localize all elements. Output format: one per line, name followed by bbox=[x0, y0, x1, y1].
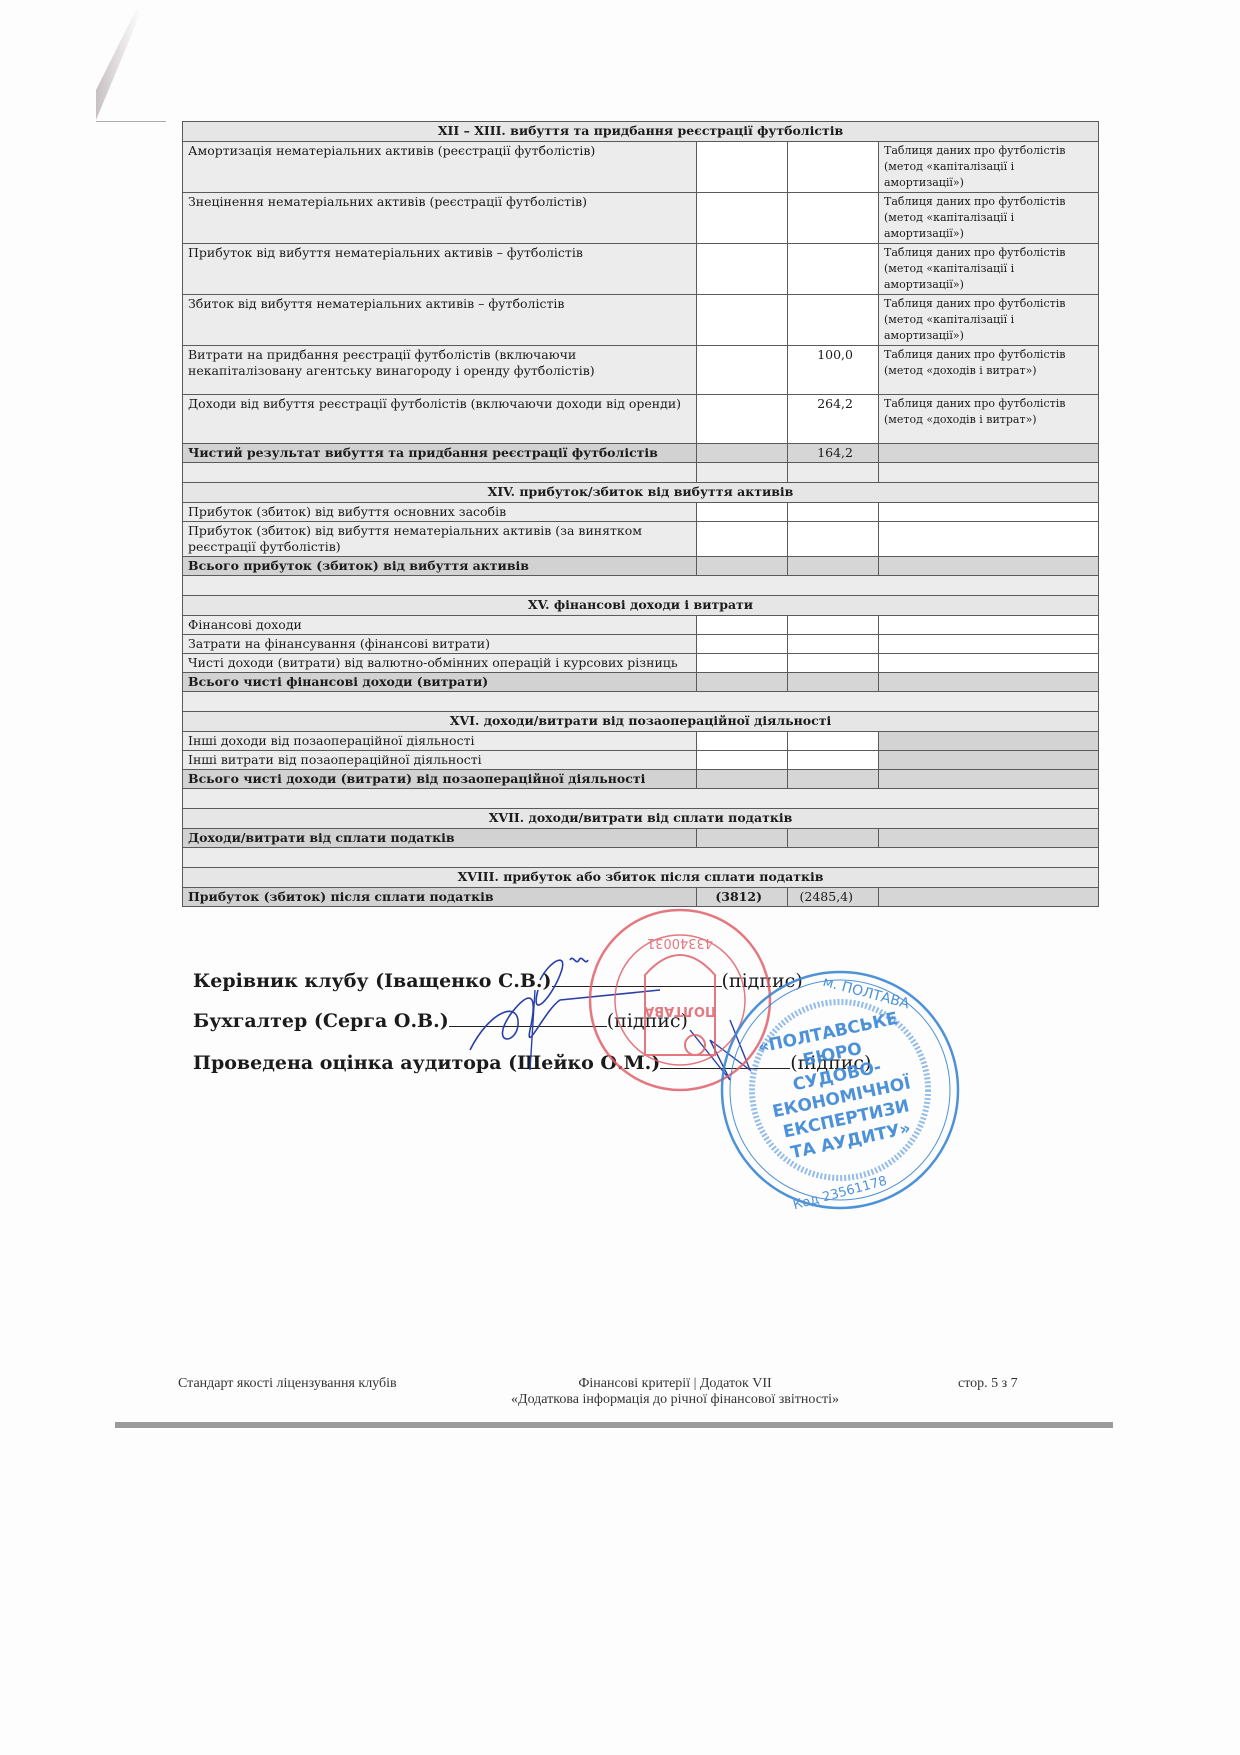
spacer-row bbox=[183, 463, 1099, 483]
row-note bbox=[879, 522, 1099, 557]
section-header: XVII. доходи/витрати від сплати податків bbox=[183, 809, 1099, 829]
row-note bbox=[879, 654, 1099, 673]
value-previous bbox=[788, 751, 879, 770]
row-label: Прибуток (збиток) від вибуття нематеріал… bbox=[183, 522, 697, 557]
row-label: Прибуток від вибуття нематеріальних акти… bbox=[183, 244, 697, 295]
value-current bbox=[697, 654, 788, 673]
total-row: Прибуток (збиток) після сплати податків(… bbox=[183, 888, 1099, 907]
value-previous bbox=[788, 654, 879, 673]
total-label: Всього чисті фінансові доходи (витрати) bbox=[183, 673, 697, 692]
total-row: Доходи/витрати від сплати податків bbox=[183, 829, 1099, 848]
row-label: Інші витрати від позаопераційної діяльно… bbox=[183, 751, 697, 770]
value-previous bbox=[788, 193, 879, 244]
row-note: Таблиця даних про футболістів (метод «до… bbox=[879, 346, 1099, 395]
blue-auditor-stamp: м. ПОЛТАВА «ПОЛТАВСЬКЕ БЮРО СУДОВО- ЕКОН… bbox=[715, 965, 965, 1215]
row-label: Амортизація нематеріальних активів (реєс… bbox=[183, 142, 697, 193]
table-row: Інші витрати від позаопераційної діяльно… bbox=[183, 751, 1099, 770]
row-note bbox=[879, 503, 1099, 522]
value-current bbox=[697, 616, 788, 635]
table-row: Амортизація нематеріальних активів (реєс… bbox=[183, 142, 1099, 193]
total-label: Всього чисті доходи (витрати) від позаоп… bbox=[183, 770, 697, 789]
value-previous: 100,0 bbox=[788, 346, 879, 395]
value-current bbox=[697, 142, 788, 193]
section-header: XVI. доходи/витрати від позаопераційної … bbox=[183, 712, 1099, 732]
total-row: Всього прибуток (збиток) від вибуття акт… bbox=[183, 557, 1099, 576]
total-current bbox=[697, 444, 788, 463]
table-row: Прибуток (збиток) від вибуття основних з… bbox=[183, 503, 1099, 522]
spacer-row bbox=[183, 576, 1099, 596]
value-current bbox=[697, 522, 788, 557]
table-row: Інші доходи від позаопераційної діяльнос… bbox=[183, 732, 1099, 751]
row-label: Збиток від вибуття нематеріальних активі… bbox=[183, 295, 697, 346]
row-label: Витрати на придбання реєстрації футболіс… bbox=[183, 346, 697, 395]
row-label: Прибуток (збиток) від вибуття основних з… bbox=[183, 503, 697, 522]
row-label: Інші доходи від позаопераційної діяльнос… bbox=[183, 732, 697, 751]
row-note: Таблиця даних про футболістів (метод «ка… bbox=[879, 142, 1099, 193]
total-previous: 164,2 bbox=[788, 444, 879, 463]
total-label: Чистий результат вибуття та придбання ре… bbox=[183, 444, 697, 463]
value-current bbox=[697, 732, 788, 751]
value-current bbox=[697, 503, 788, 522]
value-previous bbox=[788, 732, 879, 751]
row-label: Доходи від вибуття реєстрації футболісті… bbox=[183, 395, 697, 444]
section-header: XV. фінансові доходи і витрати bbox=[183, 596, 1099, 616]
page-fold-shadow bbox=[96, 10, 146, 120]
total-previous bbox=[788, 673, 879, 692]
total-current bbox=[697, 829, 788, 848]
footer-left: Стандарт якості ліцензування клубів bbox=[178, 1376, 397, 1392]
total-row: Чистий результат вибуття та придбання ре… bbox=[183, 444, 1099, 463]
total-previous: (2485,4) bbox=[788, 888, 879, 907]
table-row: Фінансові доходи bbox=[183, 616, 1099, 635]
row-note bbox=[879, 635, 1099, 654]
total-current bbox=[697, 770, 788, 789]
value-previous bbox=[788, 295, 879, 346]
table-row: Збиток від вибуття нематеріальних активі… bbox=[183, 295, 1099, 346]
value-previous bbox=[788, 503, 879, 522]
table-row: Доходи від вибуття реєстрації футболісті… bbox=[183, 395, 1099, 444]
svg-text:ПОЛТАВА: ПОЛТАВА bbox=[644, 1003, 716, 1018]
footer-bar bbox=[115, 1422, 1113, 1428]
total-current bbox=[697, 557, 788, 576]
value-current bbox=[697, 346, 788, 395]
table-row: Витрати на придбання реєстрації футболіс… bbox=[183, 346, 1099, 395]
row-note bbox=[879, 616, 1099, 635]
total-previous bbox=[788, 770, 879, 789]
svg-text:43340031: 43340031 bbox=[647, 935, 713, 950]
row-note bbox=[879, 732, 1099, 751]
value-previous bbox=[788, 142, 879, 193]
spacer-row bbox=[183, 692, 1099, 712]
row-note: Таблиця даних про футболістів (метод «ка… bbox=[879, 295, 1099, 346]
total-label: Доходи/витрати від сплати податків bbox=[183, 829, 697, 848]
scan-artifact-line bbox=[96, 121, 166, 122]
row-note: Таблиця даних про футболістів (метод «до… bbox=[879, 395, 1099, 444]
row-note: Таблиця даних про футболістів (метод «ка… bbox=[879, 193, 1099, 244]
row-label: Фінансові доходи bbox=[183, 616, 697, 635]
section-header: XII – XIII. вибуття та придбання реєстра… bbox=[183, 122, 1099, 142]
spacer-row bbox=[183, 848, 1099, 868]
row-label: Чисті доходи (витрати) від валютно-обмін… bbox=[183, 654, 697, 673]
total-label: Всього прибуток (збиток) від вибуття акт… bbox=[183, 557, 697, 576]
page-number: стор. 5 з 7 bbox=[958, 1376, 1018, 1392]
total-current: (3812) bbox=[697, 888, 788, 907]
value-current bbox=[697, 193, 788, 244]
total-row: Всього чисті фінансові доходи (витрати) bbox=[183, 673, 1099, 692]
value-previous bbox=[788, 244, 879, 295]
financial-table: XII – XIII. вибуття та придбання реєстра… bbox=[182, 121, 1099, 907]
table-row: Чисті доходи (витрати) від валютно-обмін… bbox=[183, 654, 1099, 673]
value-previous bbox=[788, 635, 879, 654]
section-header: XIV. прибуток/збиток від вибуття активів bbox=[183, 483, 1099, 503]
value-previous: 264,2 bbox=[788, 395, 879, 444]
value-current bbox=[697, 395, 788, 444]
row-note bbox=[879, 751, 1099, 770]
row-label: Затрати на фінансування (фінансові витра… bbox=[183, 635, 697, 654]
value-current bbox=[697, 635, 788, 654]
table-row: Затрати на фінансування (фінансові витра… bbox=[183, 635, 1099, 654]
section-header: XVIII. прибуток або збиток після сплати … bbox=[183, 868, 1099, 888]
total-row: Всього чисті доходи (витрати) від позаоп… bbox=[183, 770, 1099, 789]
total-previous bbox=[788, 829, 879, 848]
row-note: Таблиця даних про футболістів (метод «ка… bbox=[879, 244, 1099, 295]
row-label: Знецінення нематеріальних активів (реєст… bbox=[183, 193, 697, 244]
total-previous bbox=[788, 557, 879, 576]
table-row: Прибуток від вибуття нематеріальних акти… bbox=[183, 244, 1099, 295]
value-current bbox=[697, 244, 788, 295]
table-row: Прибуток (збиток) від вибуття нематеріал… bbox=[183, 522, 1099, 557]
value-previous bbox=[788, 616, 879, 635]
value-current bbox=[697, 751, 788, 770]
value-previous bbox=[788, 522, 879, 557]
total-current bbox=[697, 673, 788, 692]
total-label: Прибуток (збиток) після сплати податків bbox=[183, 888, 697, 907]
table-row: Знецінення нематеріальних активів (реєст… bbox=[183, 193, 1099, 244]
footer-center: Фінансові критерії | Додаток VII «Додатк… bbox=[505, 1376, 845, 1408]
spacer-row bbox=[183, 789, 1099, 809]
value-current bbox=[697, 295, 788, 346]
